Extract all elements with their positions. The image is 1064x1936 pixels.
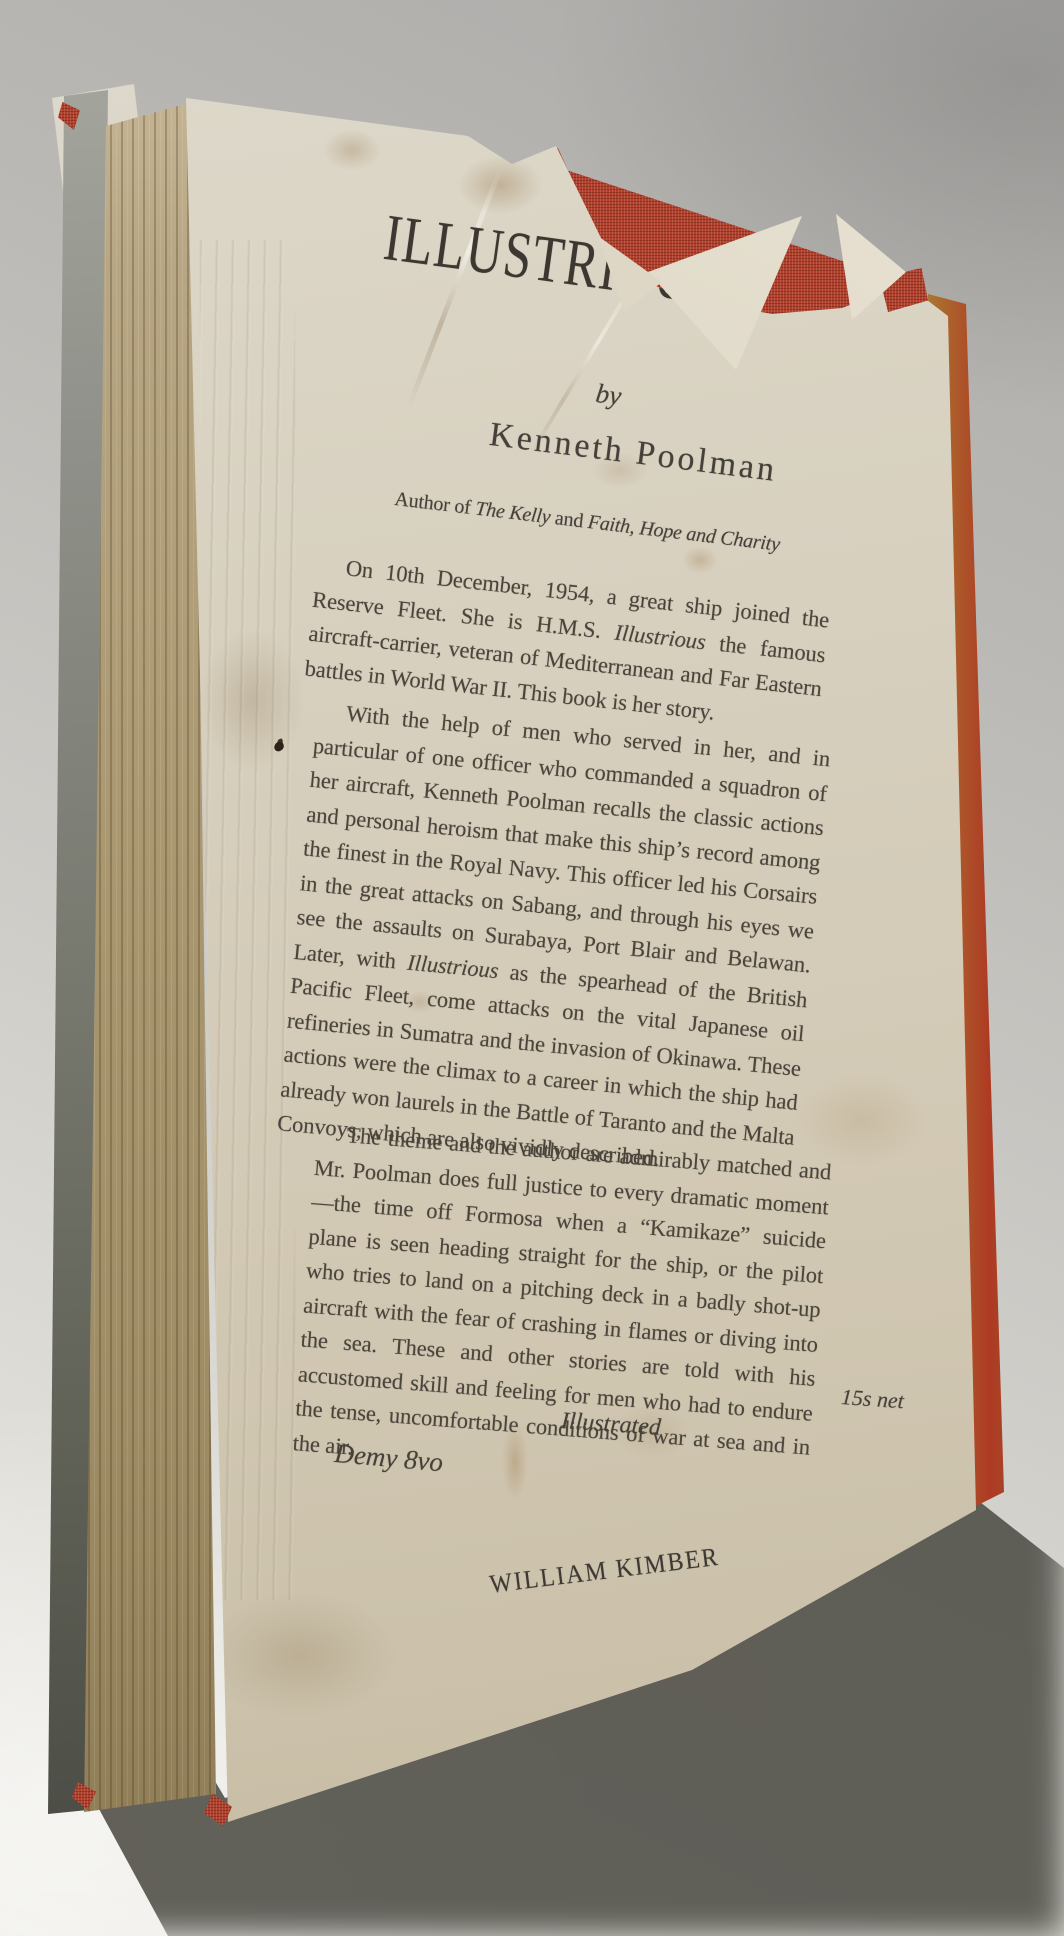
author-name: Kenneth Poolman (487, 416, 779, 490)
price-note: 15s net (840, 1384, 905, 1414)
book-photo: ILLUSTRIOUS by Kenneth Poolman Author of… (0, 0, 1064, 1936)
author-credit: Author of The Kelly and Faith, Hope and … (393, 488, 781, 557)
blurb-paragraph-2: With the help of men who served in her, … (276, 694, 832, 1189)
publisher-name: WILLIAM KIMBER (488, 1542, 721, 1600)
byline: by (594, 378, 623, 412)
